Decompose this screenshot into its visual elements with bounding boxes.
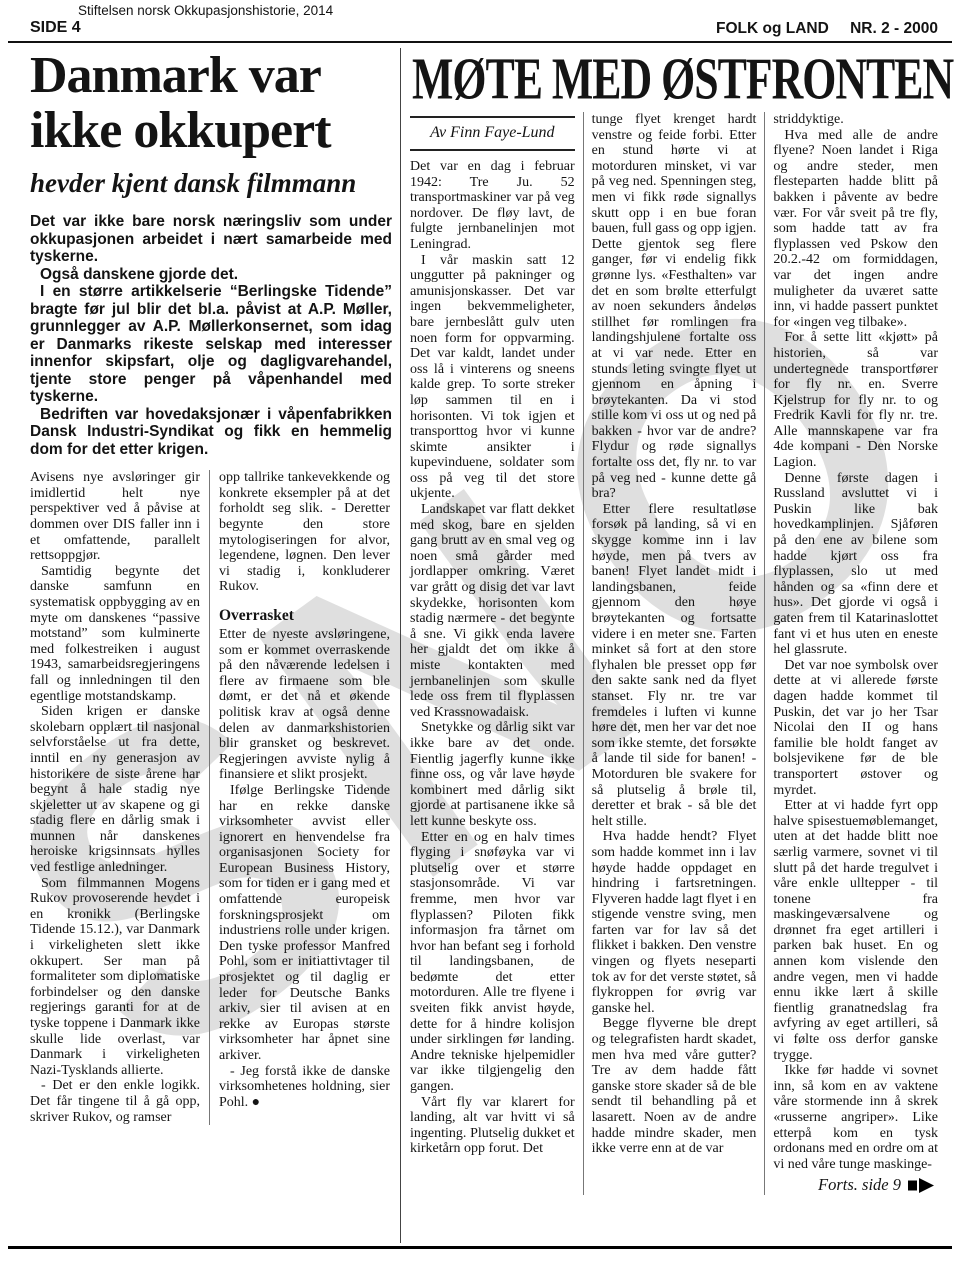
right-article-columns: Av Finn Faye-Lund Det var en dag i febru… (410, 112, 946, 1195)
paragraph: - Det er den enkle logikk. Det får tinge… (30, 1078, 200, 1125)
paragraph: Vårt fly var klarert for landing, alt va… (410, 1095, 575, 1157)
paragraph: Snetykke og dårlig sikt var ikke bare av… (410, 720, 575, 829)
header-rule (8, 41, 952, 43)
left-article-column-2-bottom: Etter de nyeste avsløringene, som er kom… (219, 627, 390, 1110)
left-article-title: Danmark var ikke okkupert (30, 48, 392, 158)
forts-label: Forts. side 9 (818, 1175, 901, 1195)
paragraph: Det var en dag i februar 1942: Tre Ju. 5… (410, 159, 575, 253)
right-article-column-1: Av Finn Faye-Lund Det var en dag i febru… (410, 112, 584, 1195)
right-article-column-2: tunge flyet krenget hardt venstre og fei… (584, 112, 766, 1195)
paragraph: Siden krigen er danske skolebarn opplært… (30, 704, 200, 876)
left-article-column-2: opp tallrike tankevekkende og konkrete e… (210, 470, 390, 1125)
left-article: Danmark var ikke okkupert hevder kjent d… (30, 48, 400, 1243)
paragraph: opp tallrike tankevekkende og konkrete e… (219, 470, 390, 595)
paragraph: tunge flyet krenget hardt venstre og fei… (592, 112, 757, 502)
paragraph: Denne første dagen i Russland avsluttet … (773, 471, 938, 658)
paragraph: Begge flyverne ble drept og telegrafiste… (592, 1016, 757, 1156)
paragraph: Etter en og en halv times flyging i snøf… (410, 830, 575, 1095)
paragraph: - Jeg forstå ikke de danske virksomheten… (219, 1064, 390, 1111)
paragraph: Som filmmannen Mogens Rukov provoserende… (30, 876, 200, 1079)
paragraph: Ifølge Berlingske Tidende har en rekke d… (219, 783, 390, 1064)
paragraph: Også danskene gjorde det. (30, 266, 392, 284)
paragraph: Etter de nyeste avsløringene, som er kom… (219, 627, 390, 783)
left-article-subtitle: hevder kjent dansk filmmann (30, 168, 392, 199)
paragraph: Ikke før hadde vi sovnet inn, så kom en … (773, 1063, 938, 1172)
paragraph: Avisens nye avsløringer gir imidlertid h… (30, 470, 200, 564)
left-article-column-1: Avisens nye avsløringer gir imidlertid h… (30, 470, 210, 1125)
issue-label: NR. 2 - 2000 (850, 20, 938, 38)
page-content: Danmark var ikke okkupert hevder kjent d… (30, 48, 946, 1243)
paragraph: Etter flere resultatløse forsøk på landi… (592, 502, 757, 829)
left-article-intro: Det var ikke bare norsk næringsliv som u… (30, 213, 392, 458)
paper-title: FOLK og LAND (716, 20, 829, 38)
paragraph: Det var ikke bare norsk næringsliv som u… (30, 213, 392, 266)
paragraph: Hva med alle de andre flyene? Noen lande… (773, 128, 938, 331)
page-header: Stiftelsen norsk Okkupasjonshistorie, 20… (0, 0, 960, 42)
bottom-rule (8, 1246, 952, 1249)
right-article-title: MØTE MED ØSTFRONTEN (412, 50, 957, 136)
foundation-label: Stiftelsen norsk Okkupasjonshistorie, 20… (78, 3, 333, 18)
paragraph: Samtidig begynte det danske samfunn en s… (30, 564, 200, 704)
left-article-columns: Avisens nye avsløringer gir imidlertid h… (30, 470, 392, 1125)
paragraph: Etter at vi hadde fyrt opp halve spisest… (773, 798, 938, 1063)
paragraph: I en større artikkelserie “Berlingske Ti… (30, 283, 392, 406)
paragraph: For å sette litt «kjøtt» på historien, s… (773, 330, 938, 470)
forts-note: Forts. side 9 (773, 1175, 938, 1195)
overrasket-subhead: Overrasket (219, 607, 390, 625)
right-article-column-2-text: tunge flyet krenget hardt venstre og fei… (592, 112, 757, 1157)
paragraph: Det var noe symbolsk over dette at vi al… (773, 658, 938, 798)
side-label: SIDE 4 (30, 19, 81, 37)
right-article: MØTE MED ØSTFRONTEN Av Finn Faye-Lund De… (400, 48, 946, 1243)
right-article-column-1-text: Det var en dag i februar 1942: Tre Ju. 5… (410, 159, 575, 1157)
paragraph: I vår maskin satt 12 unggutter på paknin… (410, 253, 575, 503)
right-article-column-3-text: striddyktige.Hva med alle de andre flyen… (773, 112, 938, 1172)
right-article-column-3: striddyktige.Hva med alle de andre flyen… (765, 112, 946, 1195)
left-article-column-2-top: opp tallrike tankevekkende og konkrete e… (219, 470, 390, 595)
paragraph: Landskapet var flatt dekket med skog, ba… (410, 502, 575, 720)
paragraph: Hva hadde hendt? Flyet som hadde kommet … (592, 829, 757, 1016)
paragraph: Bedriften var hovedaksjonær i våpenfabri… (30, 406, 392, 459)
newspaper-page: SNO Stiftelsen norsk Okkupasjonshistorie… (0, 0, 960, 1265)
forts-arrow-icon (908, 1178, 936, 1193)
